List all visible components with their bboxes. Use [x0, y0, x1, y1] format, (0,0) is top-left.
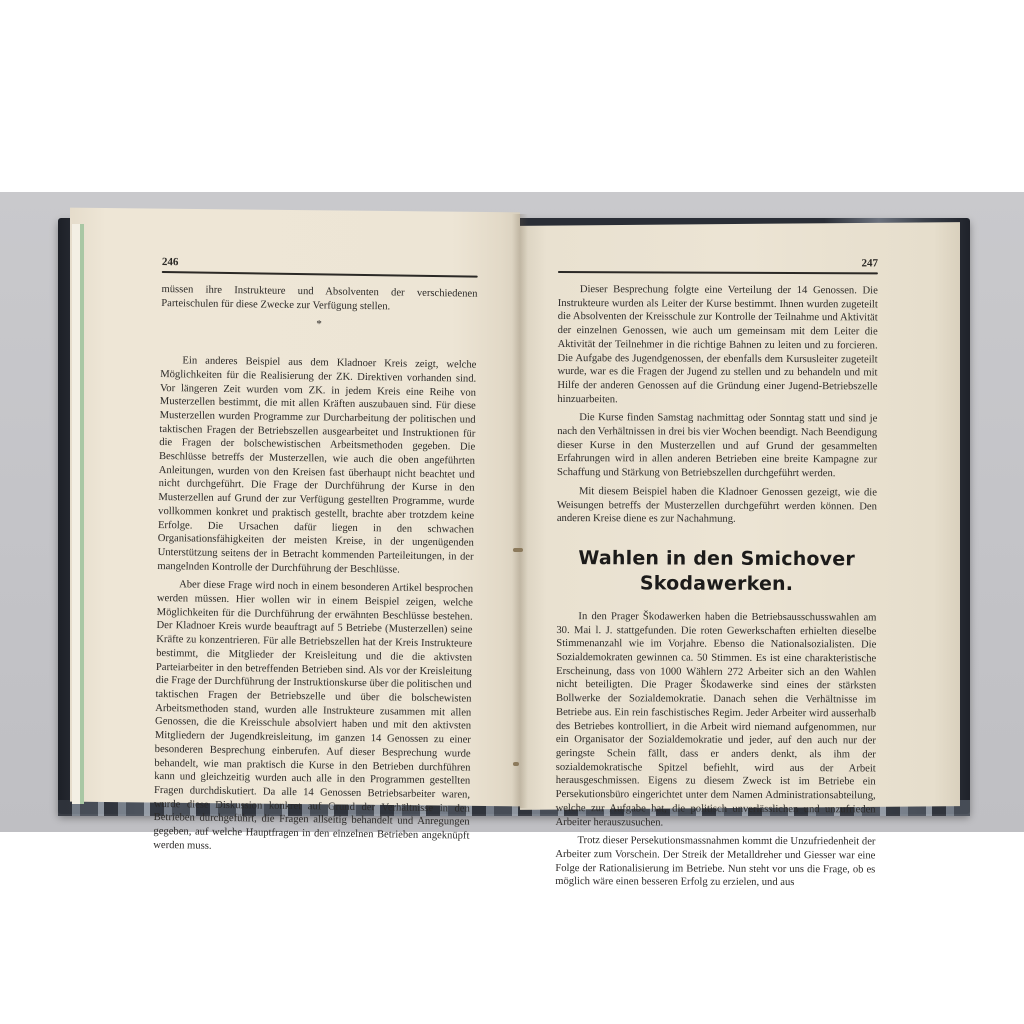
right-page: 247 Dieser Besprechung folgte eine Verte… — [555, 256, 878, 895]
article-heading-line: Skodawerken. — [557, 571, 877, 597]
header-rule — [558, 271, 878, 274]
left-page: 246 müssen ihre Instrukteure und Absolve… — [153, 256, 478, 862]
body-paragraph: Die Kurse finden Samstag nachmittag oder… — [557, 411, 877, 481]
body-paragraph: Ein anderes Beispiel aus dem Kladnoer Kr… — [157, 354, 476, 578]
binding-thread — [513, 548, 523, 552]
section-separator: * — [161, 316, 477, 334]
body-paragraph: Aber diese Frage wird noch in einem beso… — [153, 578, 473, 857]
article-paragraph: Trotz dieser Persekutionsmassnahmen komm… — [555, 834, 875, 890]
article-heading: Wahlen in den Smichover Skodawerken. — [557, 546, 877, 597]
article-heading-line: Wahlen in den Smichover — [557, 546, 877, 572]
page-number-right: 247 — [558, 256, 878, 271]
left-page-stack-edge — [72, 224, 84, 804]
book-gutter — [512, 214, 528, 808]
body-paragraph: Dieser Besprechung folgte eine Verteilun… — [557, 283, 878, 408]
article-paragraph: In den Prager Škodawerken haben die Betr… — [555, 610, 876, 831]
continuation-paragraph: müssen ihre Instrukteure und Absolventen… — [161, 283, 477, 315]
body-paragraph: Mit diesem Beispiel haben die Kladnoer G… — [557, 485, 877, 528]
binding-thread — [513, 762, 519, 766]
